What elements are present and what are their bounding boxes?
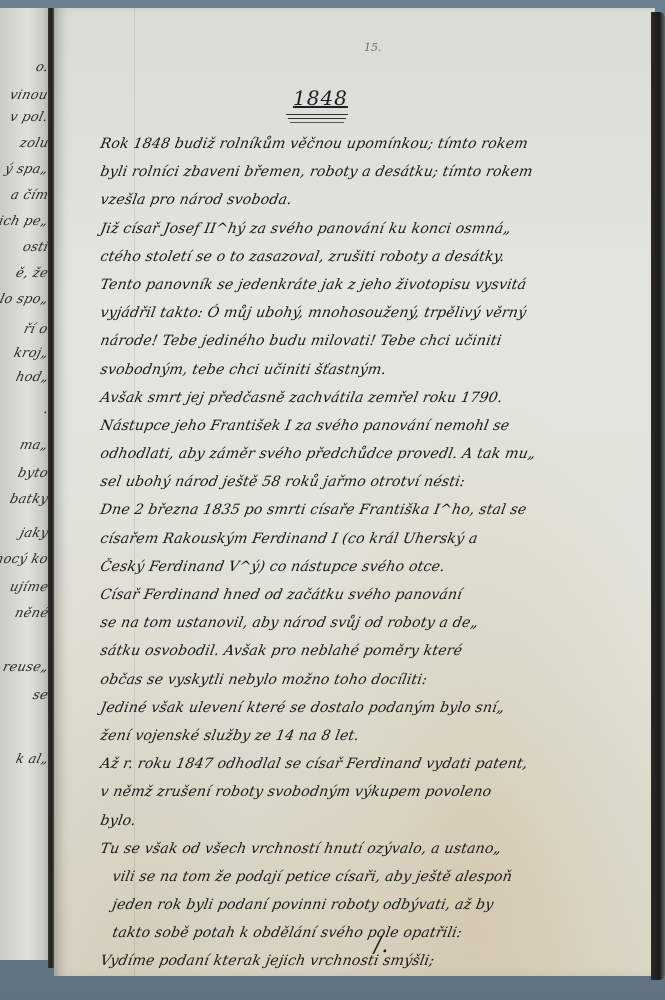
text-line: sátku osvobodil. Avšak pro neblahé poměr… bbox=[98, 637, 651, 665]
text-line: vili se na tom že podají petice císaři, … bbox=[98, 863, 651, 891]
text-line: Nástupce jeho František I za svého panov… bbox=[98, 412, 651, 440]
book-cover-edge bbox=[651, 12, 665, 980]
text-line: v němž zrušení roboty svobodným výkupem … bbox=[98, 778, 651, 806]
left-page-fragment: ma„ bbox=[18, 438, 49, 453]
left-page-fragment: osti bbox=[21, 240, 50, 255]
left-page-fragment: vinou bbox=[9, 88, 50, 103]
text-line: Dne 2 března 1835 po smrti císaře Franti… bbox=[98, 496, 651, 524]
left-page-fragment: k al„ bbox=[14, 752, 50, 767]
right-page: 15. 1848 Rok 1848 budiž rolníkům věčnou … bbox=[54, 8, 655, 976]
text-line: se na tom ustanovil, aby národ svůj od r… bbox=[98, 609, 651, 637]
text-line: Tento panovník se jedenkráte jak z jeho … bbox=[98, 271, 651, 299]
text-line: občas se vyskytli nebylo možno toho docí… bbox=[98, 666, 651, 694]
text-line: odhodlati, aby záměr svého předchůdce pr… bbox=[98, 440, 651, 468]
text-line: císařem Rakouským Ferdinand I (co král U… bbox=[98, 525, 651, 553]
left-page-fragment: kroj„ bbox=[12, 346, 50, 361]
text-line: ctého století se o to zasazoval, zrušiti… bbox=[98, 243, 651, 271]
text-line: vyjádřil takto: Ó můj ubohý, mnohosoužen… bbox=[98, 299, 651, 327]
text-line: žení vojenské služby ze 14 na 8 let. bbox=[98, 722, 651, 750]
end-mark: /. bbox=[374, 933, 388, 958]
text-line: Rok 1848 budiž rolníkům věčnou upomínkou… bbox=[98, 130, 651, 158]
text-line: národe! Tebe jediného budu milovati! Teb… bbox=[98, 327, 651, 355]
text-line: svobodným, tebe chci učiniti šťastným. bbox=[98, 356, 651, 384]
text-line: Císař Ferdinand hned od začátku svého pa… bbox=[98, 581, 651, 609]
page-heading: 1848 bbox=[293, 86, 348, 110]
left-page: o. vinou v pol. zolu ý spa„ a čím ich pe… bbox=[0, 8, 50, 960]
handwritten-text: Rok 1848 budiž rolníkům věčnou upomínkou… bbox=[98, 130, 646, 976]
text-line: jeden rok byli podaní povinni roboty odb… bbox=[98, 891, 651, 919]
text-line: vzešla pro národ svoboda. bbox=[98, 186, 651, 214]
text-line: byli rolníci zbaveni břemen, roboty a de… bbox=[98, 158, 651, 186]
left-page-fragment: jaky bbox=[18, 526, 50, 541]
left-page-fragment: ří o bbox=[23, 322, 50, 337]
left-page-fragment: byto bbox=[16, 466, 50, 481]
text-line: Avšak smrt jej předčasně zachvátila zemř… bbox=[98, 384, 651, 412]
left-page-fragment: reuse„ bbox=[1, 660, 50, 675]
left-page-fragment: zolu bbox=[18, 136, 50, 151]
text-line: Již císař Josef II^hý za svého panování … bbox=[98, 215, 651, 243]
book-photo: o. vinou v pol. zolu ý spa„ a čím ich pe… bbox=[0, 0, 665, 1000]
text-line: bylo. bbox=[98, 807, 651, 835]
text-line: Až r. roku 1847 odhodlal se císař Ferdin… bbox=[98, 750, 651, 778]
left-page-fragment: lo spo„ bbox=[0, 292, 50, 307]
left-page-fragment: něné bbox=[13, 606, 50, 621]
text-line: sel ubohý národ ještě 58 roků jařmo otro… bbox=[98, 468, 651, 496]
left-page-fragment: ich pe„ bbox=[0, 214, 50, 229]
left-page-fragment: v pol. bbox=[8, 110, 49, 125]
text-line: Jediné však ulevení které se dostalo pod… bbox=[98, 694, 651, 722]
left-page-fragment: a čím bbox=[9, 188, 50, 203]
left-page-fragment: hod„ bbox=[14, 370, 50, 385]
left-page-fragment: batky bbox=[8, 492, 50, 507]
left-page-fragment: ý spa„ bbox=[3, 162, 50, 177]
left-page-fragment: ujíme bbox=[8, 580, 50, 595]
heading-underline bbox=[286, 114, 348, 126]
text-line: Český Ferdinand V^ý) co nástupce svého o… bbox=[98, 553, 651, 581]
page-number: 15. bbox=[364, 41, 382, 54]
left-page-fragment: hocý ko bbox=[0, 552, 50, 567]
text-line: Tu se však od všech vrchností hnutí ozýv… bbox=[98, 835, 651, 863]
left-page-fragment: ě, že bbox=[14, 266, 50, 281]
